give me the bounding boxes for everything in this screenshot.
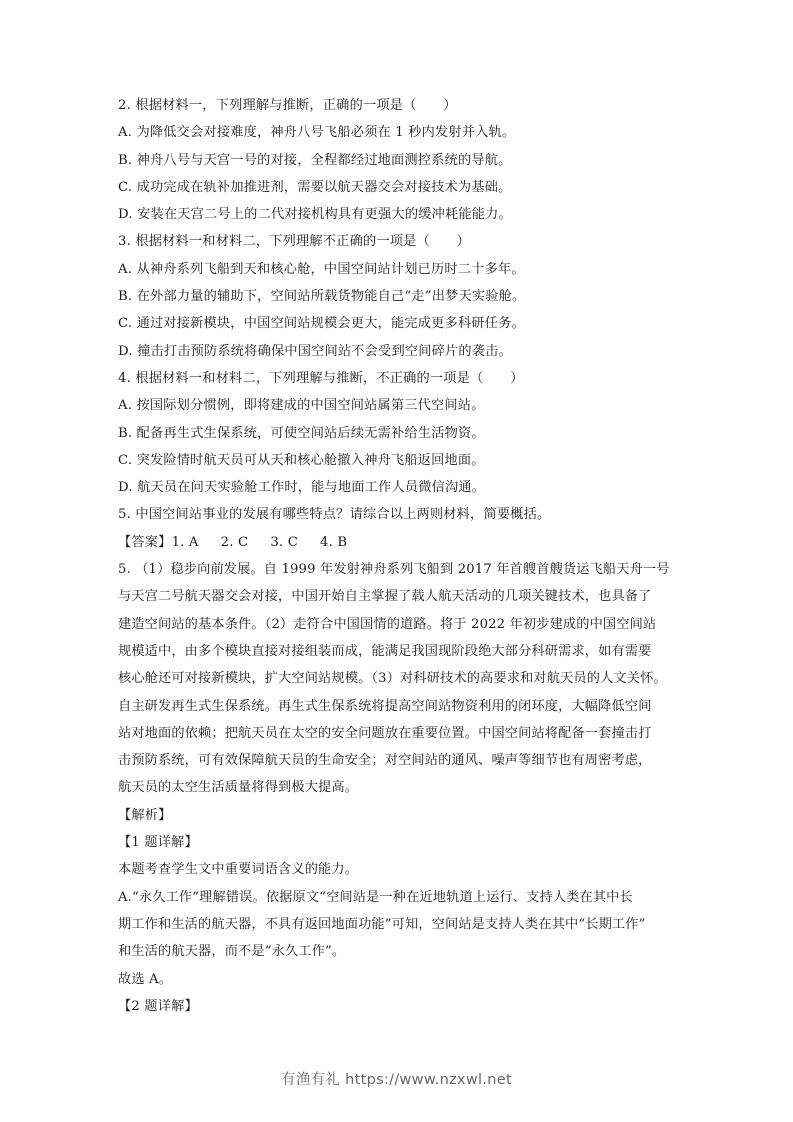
question-5-stem: 5. 中国空间站事业的发展有哪些特点？请综合以上两则材料，简要概括。 [118,501,678,528]
question-3-option-a: A. 从神舟系列飞船到天和核心舱，中国空间站计划已历时二十多年。 [118,256,678,283]
q1-detail-heading: 【1 题详解】 [118,829,678,856]
paragraph-line: 自主研发再生式生保系统。再生式生保系统将提高空间站物资利用的闭环度，大幅降低空间 [118,693,678,720]
question-4-option-c: C. 突发险情时航天员可从天和核心舱撤入神舟飞船返回地面。 [118,447,678,474]
paragraph-line: 击预防系统，可有效保障航天员的生命安全；对空间站的通风、噪声等细节也有周密考虑， [118,747,678,774]
document-page: 2. 根据材料一，下列理解与推断，正确的一项是（ ） A. 为降低交会对接难度，… [118,92,678,1020]
question-4-option-a: A. 按国际划分惯例，即将建成的中国空间站属第三代空间站。 [118,392,678,419]
paragraph-line: A.“永久工作”理解错误。依据原文“空间站是一种在近地轨道上运行、支持人类在其中… [118,884,678,911]
question-4-option-b: B. 配备再生式生保系统，可使空间站后续无需补给生活物资。 [118,420,678,447]
question-4-stem: 4. 根据材料一和材料二，下列理解与推断，不正确的一项是（ ） [118,365,678,392]
question-2-option-c: C. 成功完成在轨补加推进剂，需要以航天器交会对接技术为基础。 [118,174,678,201]
question-3-option-b: B. 在外部力量的辅助下，空间站所载货物能自己“走”出梦天实验舱。 [118,283,678,310]
q1-detail-body: 本题考查学生文中重要词语含义的能力。 A.“永久工作”理解错误。依据原文“空间站… [118,856,678,992]
answer-item: 2. C [221,529,249,556]
answer-item: 4. B [320,529,347,556]
question-4-option-d: D. 航天员在问天实验舱工作时，能与地面工作人员微信沟通。 [118,474,678,501]
paragraph-line: 和生活的航天器，而不是“永久工作”。 [118,938,678,965]
paragraph-line: 建造空间站的基本条件。（2）走符合中国国情的道路。将于 2022 年初步建成的中… [118,611,678,638]
q2-detail-heading: 【2 题详解】 [118,993,678,1020]
paragraph-line: 期工作和生活的航天器，不具有返回地面功能”可知，空间站是支持人类在其中“长期工作… [118,911,678,938]
answer-key: 【答案】1. A2. C3. C4. B [118,529,678,556]
paragraph-line: 本题考查学生文中重要词语含义的能力。 [118,856,678,883]
question-2-stem: 2. 根据材料一，下列理解与推断，正确的一项是（ ） [118,92,678,119]
answer-item: 1. A [172,529,199,556]
analysis-heading: 【解析】 [118,802,678,829]
question-3-option-c: C. 通过对接新模块，中国空间站规模会更大，能完成更多科研任务。 [118,310,678,337]
answer-5-paragraph: 5. （1）稳步向前发展。自 1999 年发射神舟系列飞船到 2017 年首艘首… [118,556,678,802]
answer-item: 3. C [270,529,298,556]
paragraph-line: 与天宫二号航天器交会对接，中国开始自主掌握了载人航天活动的几项关键技术，也具备了 [118,583,678,610]
question-3-option-d: D. 撞击打击预防系统将确保中国空间站不会受到空间碎片的袭击。 [118,338,678,365]
paragraph-line: 规模适中，由多个模块直接对接组装而成，能满足我国现阶段绝大部分科研需求，如有需要 [118,638,678,665]
paragraph-line: 5. （1）稳步向前发展。自 1999 年发射神舟系列飞船到 2017 年首艘首… [118,556,678,583]
paragraph-line: 核心舱还可对接新模块，扩大空间站规模。（3）对科研技术的高要求和对航天员的人文关… [118,665,678,692]
question-2-option-b: B. 神舟八号与天宫一号的对接，全程都经过地面测控系统的导航。 [118,147,678,174]
question-2-option-d: D. 安装在天宫二号上的二代对接机构具有更强大的缓冲耗能能力。 [118,201,678,228]
footer-watermark: 有渔有礼 https://www.nzxwl.net [0,1068,793,1089]
paragraph-line: 故选 A。 [118,966,678,993]
paragraph-line: 站对地面的依赖；把航天员在太空的安全问题放在重要位置。中国空间站将配备一套撞击打 [118,720,678,747]
answer-label: 【答案】 [118,535,172,550]
paragraph-line: 航天员的太空生活质量将得到极大提高。 [118,774,678,801]
question-3-stem: 3. 根据材料一和材料二，下列理解不正确的一项是（ ） [118,228,678,255]
question-2-option-a: A. 为降低交会对接难度，神舟八号飞船必须在 1 秒内发射并入轨。 [118,119,678,146]
